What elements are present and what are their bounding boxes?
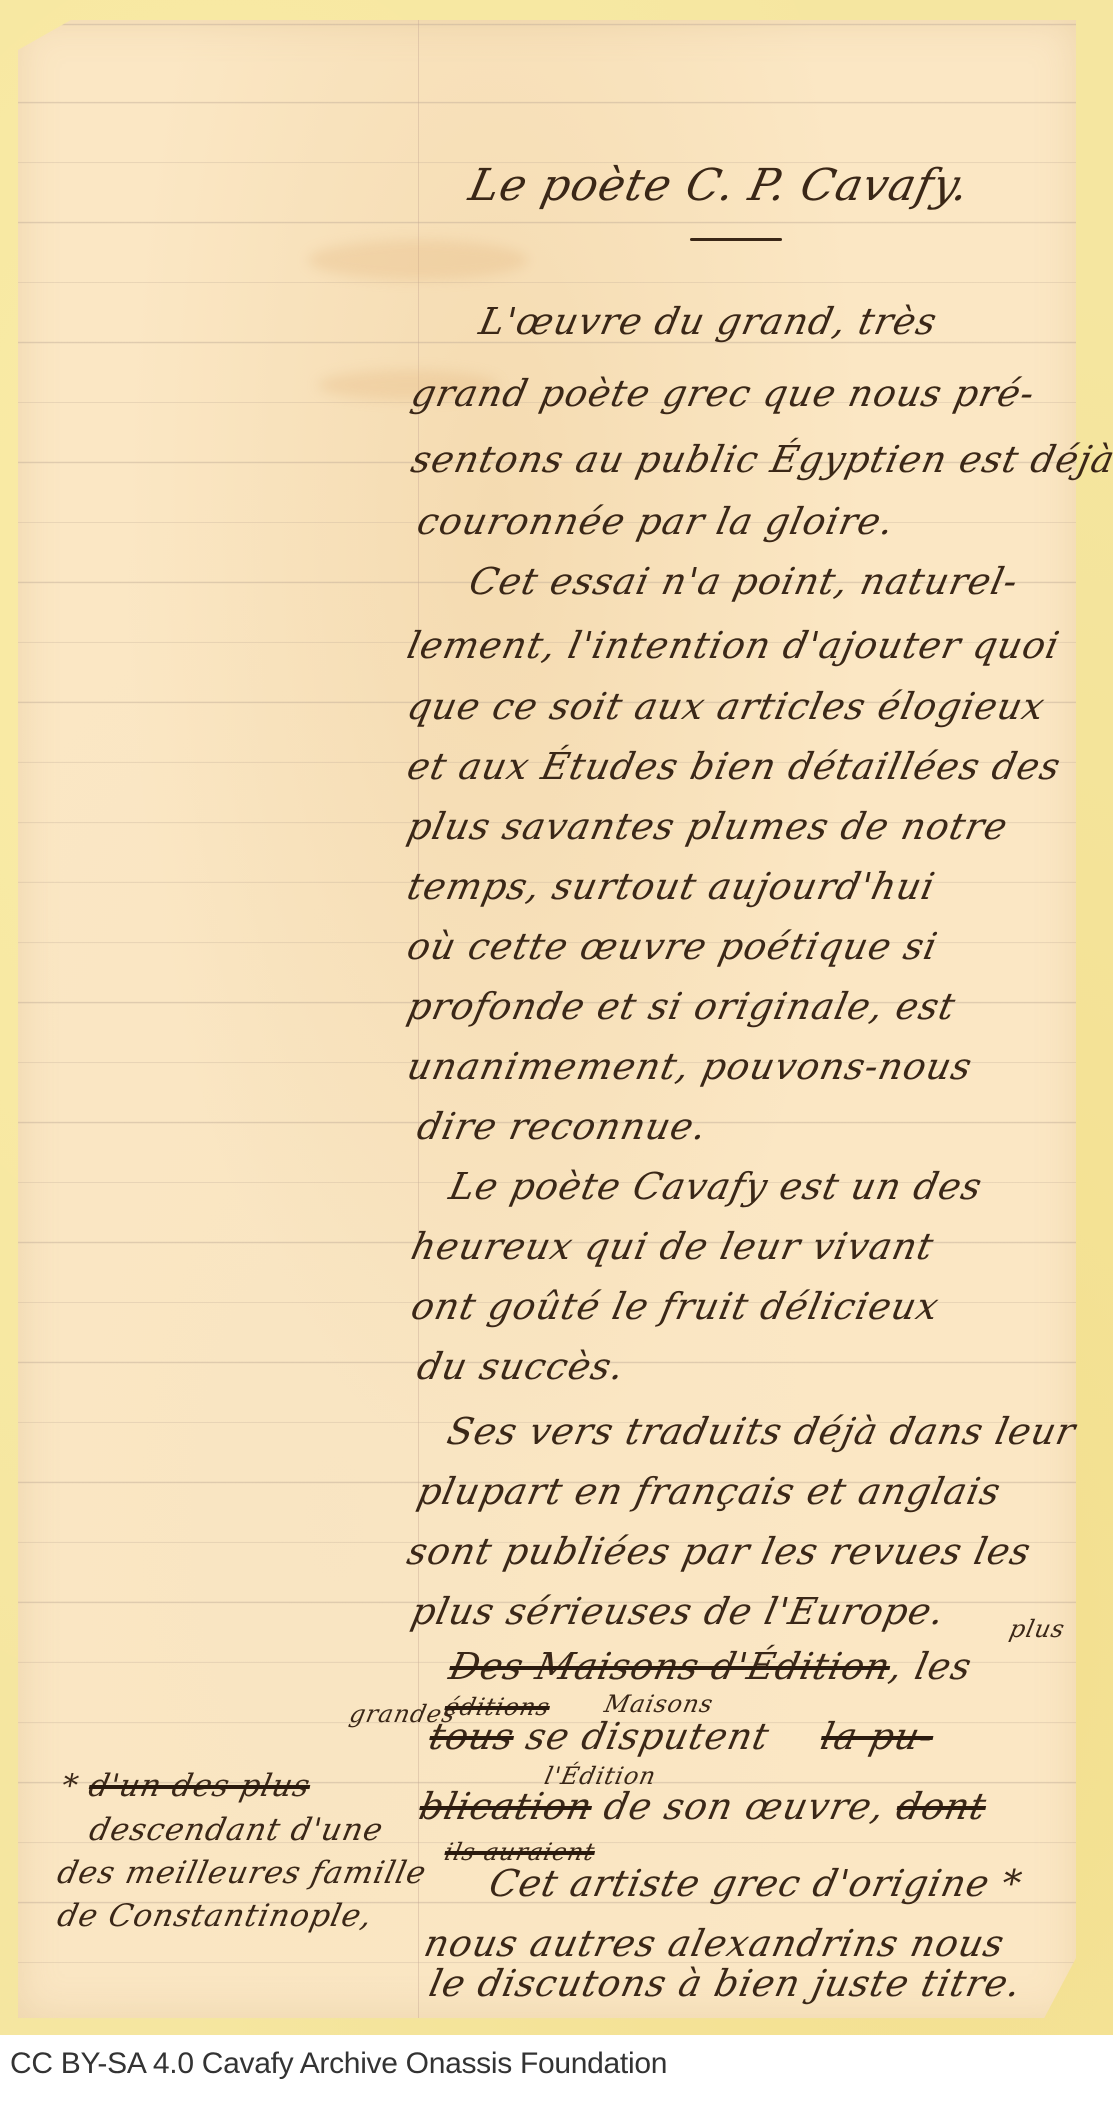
margin-note-line: des meilleures famille bbox=[54, 1855, 430, 1891]
text-line: lement, l'intention d'ajouter quoi bbox=[403, 624, 1063, 667]
text-line: dire reconnue. bbox=[413, 1105, 711, 1148]
text-line: ont goûté le fruit délicieux bbox=[407, 1285, 943, 1328]
text-line: le discutons à bien juste titre. bbox=[425, 1962, 1025, 2005]
insertion-plus: plus bbox=[1007, 1615, 1068, 1643]
insertion-maisons: Maisons bbox=[602, 1690, 716, 1718]
text-line: que ce soit aux articles élogieux bbox=[403, 685, 1049, 728]
text-line: temps, surtout aujourd'hui bbox=[403, 865, 939, 908]
text-line: du succès. bbox=[413, 1345, 628, 1388]
text-line: grand poète grec que nous pré- bbox=[407, 372, 1039, 415]
text-line: où cette œuvre poétique si bbox=[403, 925, 941, 968]
text-line: couronnée par la gloire. bbox=[413, 500, 898, 543]
license-credit: CC BY-SA 4.0 Cavafy Archive Onassis Foun… bbox=[10, 2047, 667, 2081]
text-line: et aux Études bien détaillées des bbox=[403, 745, 1064, 788]
margin-note-line: de Constantinople, bbox=[54, 1898, 376, 1934]
struck-text: Des Maisons d'Édition bbox=[445, 1645, 894, 1688]
text-line: nous autres alexandrins nous bbox=[420, 1922, 1008, 1965]
credit-bar: CC BY-SA 4.0 Cavafy Archive Onassis Foun… bbox=[0, 2035, 1113, 2106]
revision-line-3: blication de son œuvre, dont bbox=[415, 1785, 990, 1828]
text-line: Cet essai n'a point, naturel- bbox=[465, 560, 1022, 603]
text-line: Ses vers traduits déjà dans leur bbox=[443, 1410, 1079, 1453]
margin-note-line: descendant d'une bbox=[86, 1812, 387, 1848]
title-underline bbox=[690, 238, 782, 241]
manuscript-title: Le poète C. P. Cavafy. bbox=[465, 160, 974, 211]
text-line: plus sérieuses de l'Europe. bbox=[407, 1590, 948, 1633]
text-line: sentons au public Égyptien est déjà bbox=[407, 438, 1113, 481]
text-line: plus savantes plumes de notre bbox=[403, 805, 1012, 848]
text-line: L'œuvre du grand, très bbox=[475, 300, 941, 343]
text-line: sont publiées par les revues les bbox=[403, 1530, 1035, 1573]
revision-line-2: tous se disputent la pu- bbox=[425, 1715, 937, 1758]
paper-stain bbox=[308, 240, 528, 280]
text-line: Cet artiste grec d'origine * bbox=[485, 1862, 1026, 1905]
margin-note-header: * d'un des plus bbox=[58, 1768, 314, 1804]
text-line: plupart en français et anglais bbox=[413, 1470, 1004, 1513]
text-line: profonde et si originale, est bbox=[403, 985, 959, 1028]
text-line: unanimement, pouvons-nous bbox=[403, 1045, 976, 1088]
revision-line-1: Des Maisons d'Édition, les bbox=[445, 1645, 976, 1688]
text-line: heureux qui de leur vivant bbox=[407, 1225, 938, 1268]
text-line: Le poète Cavafy est un des bbox=[445, 1165, 986, 1208]
